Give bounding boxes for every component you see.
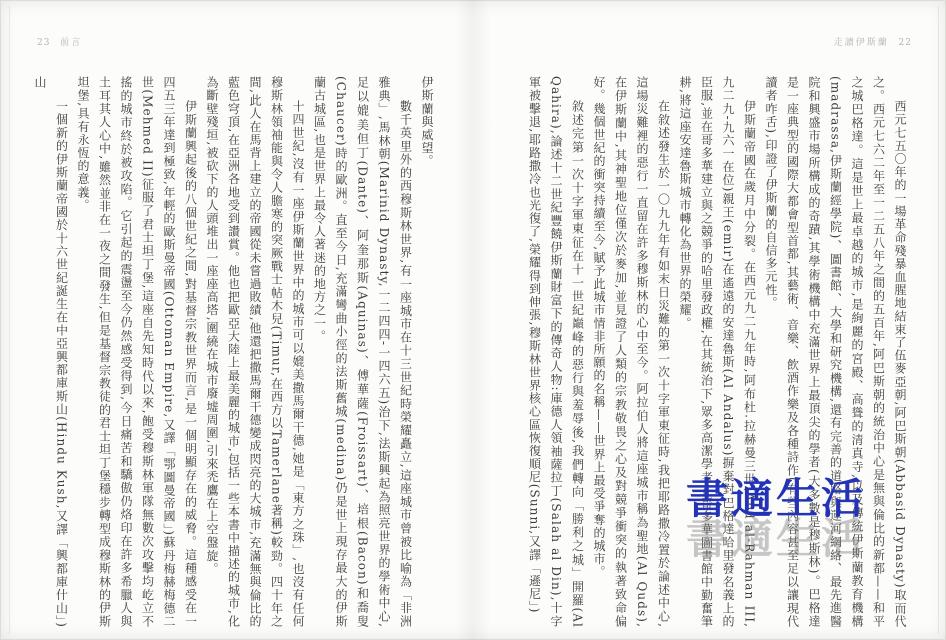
paragraph: 數千英里外的西穆斯林世界,有一座城市在十三世紀時榮耀矗立,這座城市曾被比喻為「非…: [308, 76, 416, 628]
page-number-right: 22: [899, 38, 912, 48]
page-right: 走讀伊斯蘭 22 西元七五〇年的一場革命殘暴血腥地結束了伍麥亞朝,阿巴斯朝(Ab…: [473, 0, 946, 640]
book-spread: 23 前言 伊斯蘭與威望。 數千英里外的西穆斯林世界,有一座城市在十三世紀時榮耀…: [0, 0, 946, 640]
left-page-text-block: 伊斯蘭與威望。 數千英里外的西穆斯林世界,有一座城市在十三世紀時榮耀矗立,這座城…: [29, 76, 438, 628]
paragraph: 伊斯蘭帝國在歲月中分裂。在西元九二九年時,阿布杜.拉赫曼三世(Abd al-Ra…: [674, 76, 760, 628]
paragraph: 西元七五〇年的一場革命殘暴血腥地結束了伍麥亞朝,阿巴斯朝(Abbasid Dyn…: [760, 76, 911, 628]
right-page-text-block: 西元七五〇年的一場革命殘暴血腥地結束了伍麥亞朝,阿巴斯朝(Abbasid Dyn…: [523, 76, 910, 628]
paragraph: 一個新的伊斯蘭帝國於十六世紀誕生在中亞興都庫斯山(Hindu Kush,又譯「興…: [29, 76, 72, 628]
paragraph: 伊斯蘭興起後的八個世紀之間,對基督宗教世界而言,是一個明顯存在的威脅。這種感受在…: [72, 76, 201, 628]
section-heading: 伊斯蘭與威望。: [416, 76, 438, 628]
book-title: 走讀伊斯蘭: [834, 38, 889, 48]
paragraph: 十四世紀,沒有一座伊斯蘭世界中的城市可以媲美撒馬爾干德,她是「東方之珠」,也沒有…: [201, 76, 309, 628]
paragraph: 敘述完第一次十字軍東征在十一世紀巔峰的惡行與羞辱後,我們轉向「勝利之城」開羅(A…: [523, 76, 588, 628]
running-head-left: 23 前言: [37, 35, 82, 48]
page-number-left: 23: [37, 38, 50, 48]
page-left: 23 前言 伊斯蘭與威望。 數千英里外的西穆斯林世界,有一座城市在十三世紀時榮耀…: [0, 0, 473, 640]
running-head-right: 走讀伊斯蘭 22: [834, 35, 912, 48]
section-label: 前言: [60, 38, 82, 48]
paragraph: 在敘述發生於一〇九九年有如末日災難的第一次十字軍東征時,我把耶路撒冷置於論述中心…: [588, 76, 674, 628]
